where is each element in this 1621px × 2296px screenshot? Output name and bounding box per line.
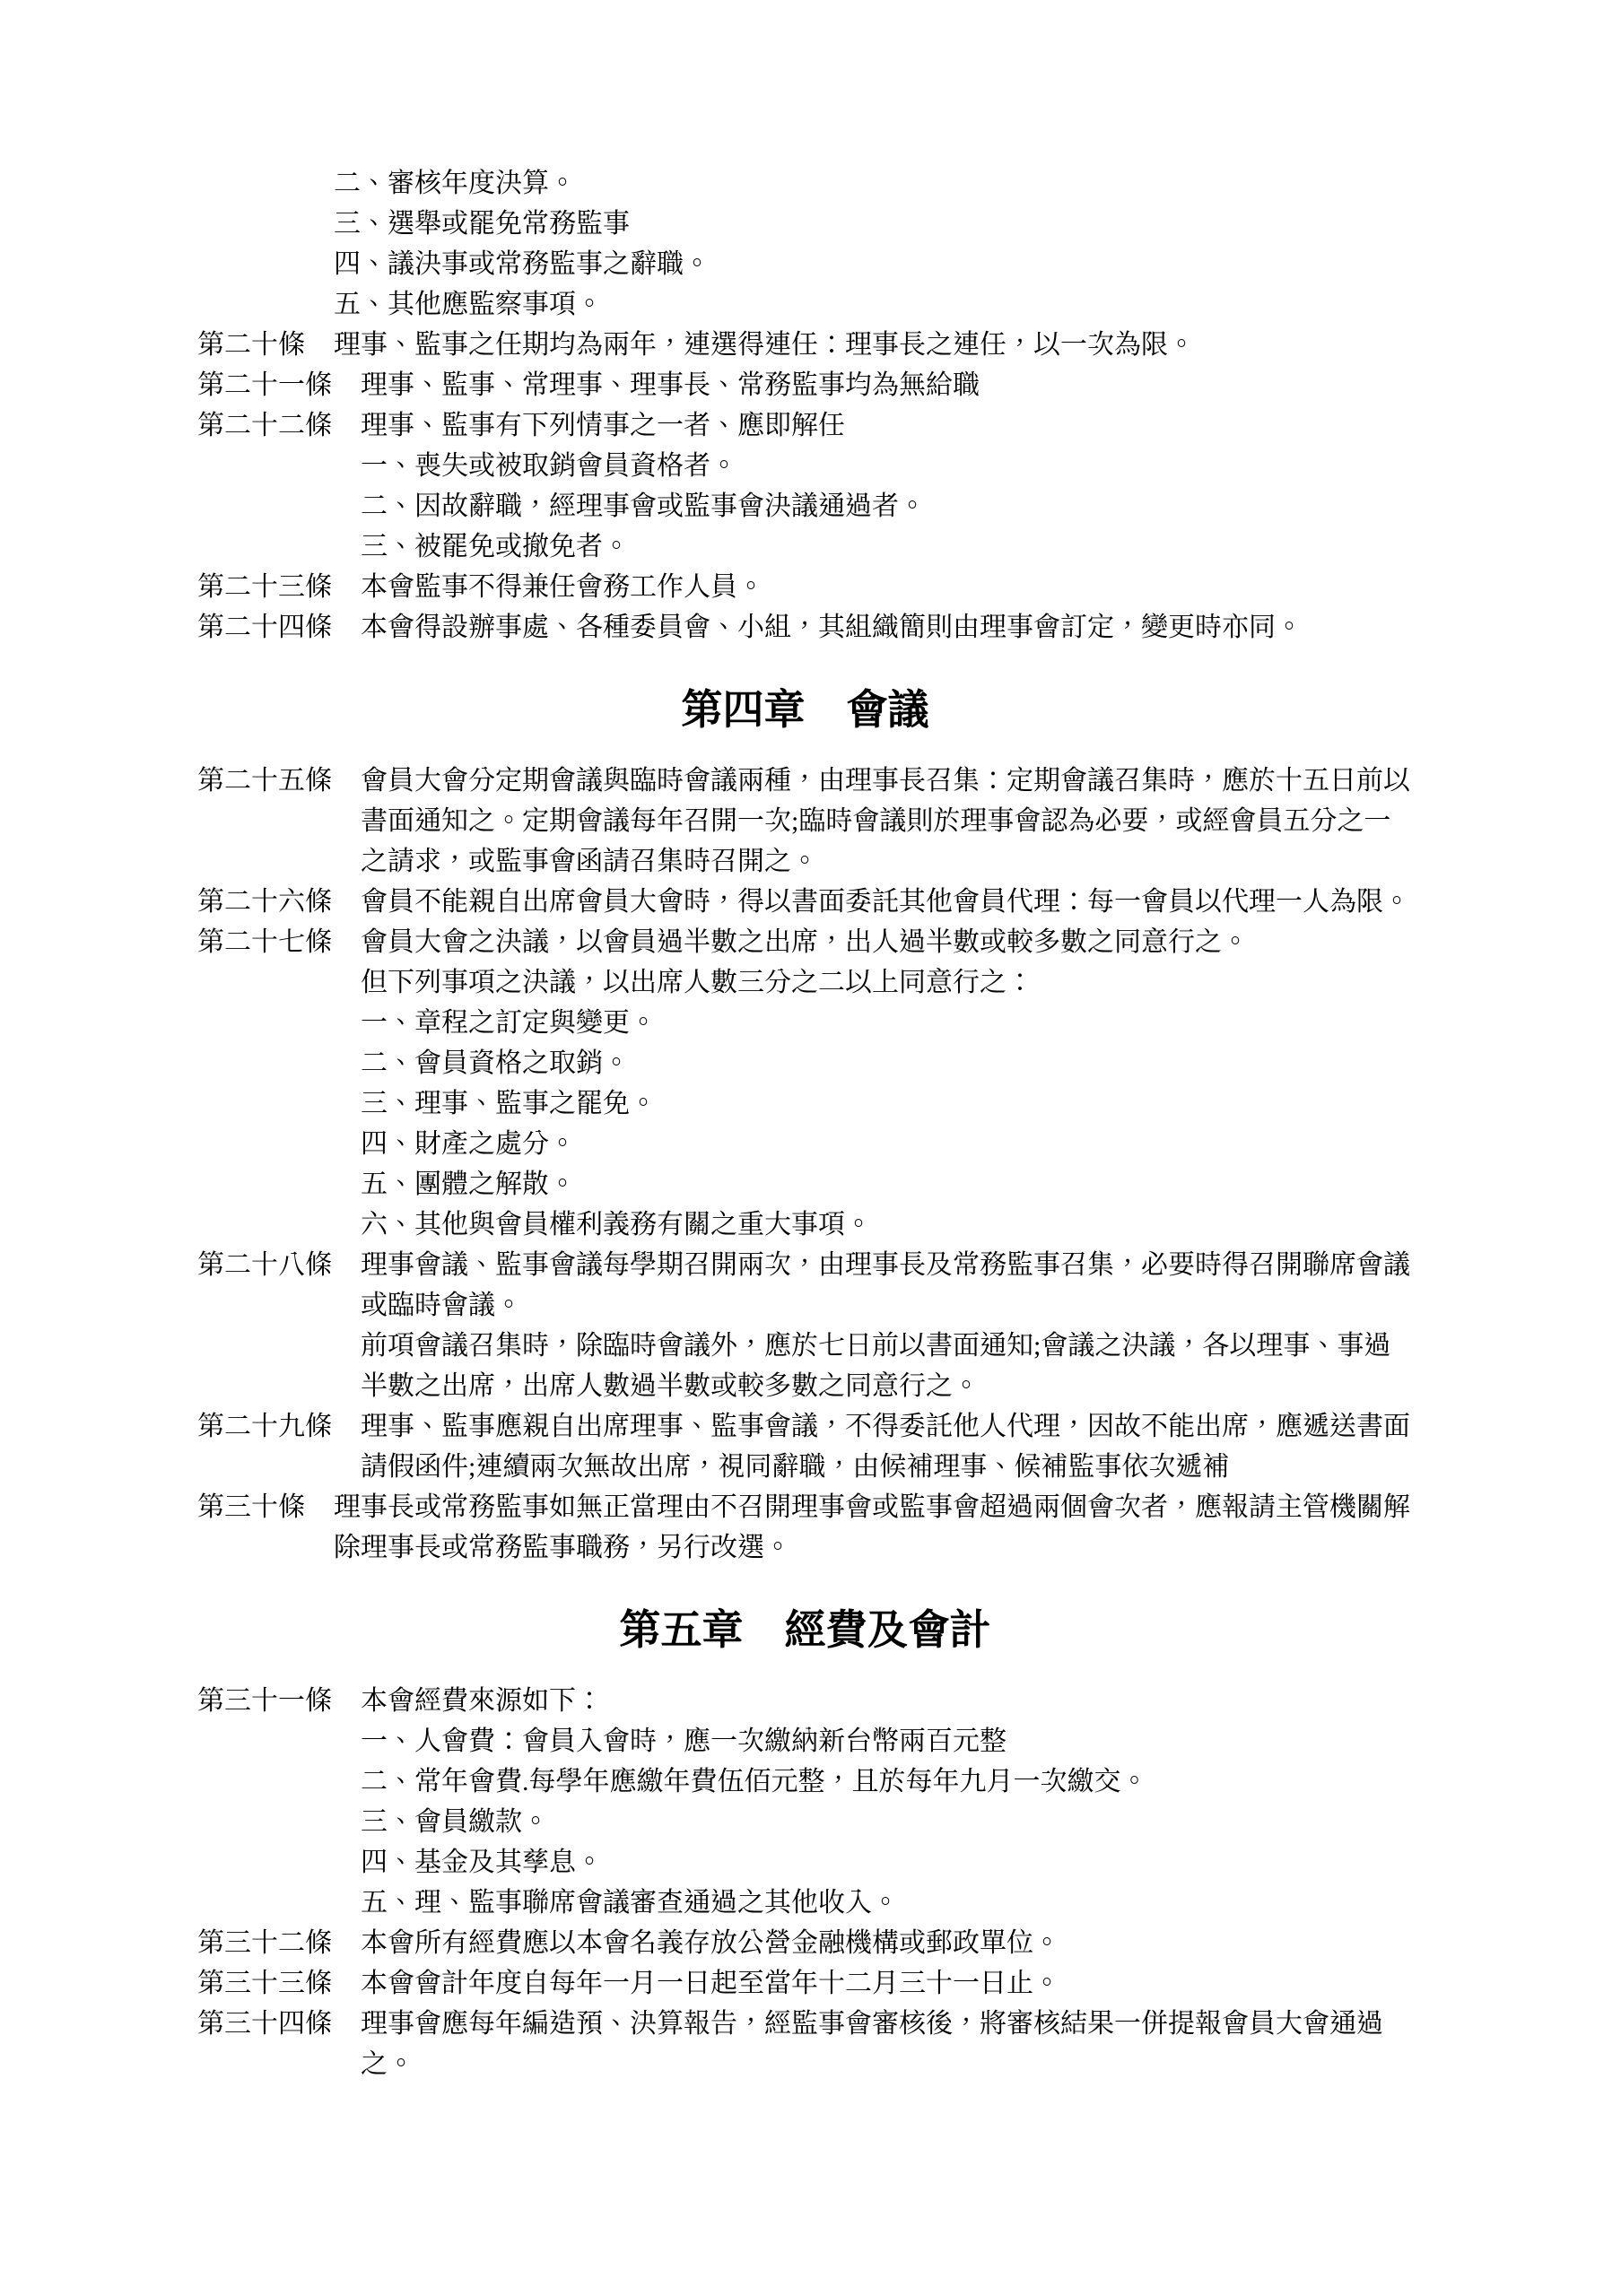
article-body: 理事長或常務監事如無正當理由不召開理事會或監事會超過兩個會次者，應報請主管機關解… bbox=[334, 1487, 1413, 1568]
list-item: 五、理、監事聯席會議審查通過之其他收入。 bbox=[361, 1883, 1413, 1923]
bylaws-document-page: 二、審核年度決算。三、選舉或罷免常務監事四、議決事或常務監事之辭職。五、其他應監… bbox=[0, 0, 1621, 2296]
list-item: 五、團體之解散。 bbox=[361, 1164, 1413, 1205]
article: 第二十三條本會監事不得兼任會務工作人員。 bbox=[197, 567, 1413, 607]
document-content: 二、審核年度決算。三、選舉或罷免常務監事四、議決事或常務監事之辭職。五、其他應監… bbox=[197, 163, 1413, 2084]
article: 第二十七條會員大會之決議，以會員過半數之出席，出人過半數或較多數之同意行之。但下… bbox=[197, 922, 1413, 1245]
article-paragraph: 本會經費來源如下： bbox=[361, 1681, 1413, 1721]
list-item: 一、人會費：會員入會時，應一次繳納新台幣兩百元整 bbox=[361, 1721, 1413, 1761]
article-body: 理事、監事有下列情事之一者、應即解任一、喪失或被取銷會員資格者。二、因故辭職，經… bbox=[361, 405, 1413, 567]
article-number: 第三十一條 bbox=[197, 1681, 332, 1721]
list-item: 二、常年會費.每學年應繳年費伍佰元整，且於每年九月一次繳交。 bbox=[361, 1761, 1413, 1802]
article-number: 第二十四條 bbox=[197, 607, 332, 648]
chapter-heading: 第四章 會議 bbox=[197, 685, 1413, 735]
article-body: 會員大會之決議，以會員過半數之出席，出人過半數或較多數之同意行之。但下列事項之決… bbox=[361, 922, 1413, 1245]
article-body: 理事、監事之任期均為兩年，連選得連任：理事長之連任，以一次為限。 bbox=[334, 325, 1413, 365]
list-item: 四、財產之處分。 bbox=[361, 1124, 1413, 1164]
list-item: 一、章程之訂定與變更。 bbox=[361, 1003, 1413, 1043]
article-body: 理事會應每年編造預、決算報告，經監事會審核後，將審核結果一併提報會員大會通過之。 bbox=[361, 2004, 1413, 2084]
article-paragraph: 會員大會之決議，以會員過半數之出席，出人過半數或較多數之同意行之。 bbox=[361, 922, 1413, 962]
chapter-heading: 第五章 經費及會計 bbox=[197, 1605, 1413, 1656]
article: 第二十九條理事、監事應親自出席理事、監事會議，不得委託他人代理，因故不能出席，應… bbox=[197, 1406, 1413, 1487]
article-number: 第二十五條 bbox=[197, 761, 332, 801]
article-paragraph: 理事、監事應親自出席理事、監事會議，不得委託他人代理，因故不能出席，應遞送書面請… bbox=[361, 1406, 1413, 1487]
article-number: 第二十條 bbox=[197, 325, 305, 365]
article-body: 本會得設辦事處、各種委員會、小組，其組織簡則由理事會訂定，變更時亦同。 bbox=[361, 607, 1413, 648]
article: 第二十二條理事、監事有下列情事之一者、應即解任一、喪失或被取銷會員資格者。二、因… bbox=[197, 405, 1413, 567]
article: 第三十一條本會經費來源如下：一、人會費：會員入會時，應一次繳納新台幣兩百元整二、… bbox=[197, 1681, 1413, 1923]
article-number: 第三十四條 bbox=[197, 2004, 332, 2044]
article: 第二十四條本會得設辦事處、各種委員會、小組，其組織簡則由理事會訂定，變更時亦同。 bbox=[197, 607, 1413, 648]
list-item: 三、被罷免或撤免者。 bbox=[361, 526, 1413, 567]
list-item: 二、因故辭職，經理事會或監事會決議通過者。 bbox=[361, 486, 1413, 526]
article-body: 會員不能親自出席會員大會時，得以書面委託其他會員代理：每一會員以代理一人為限。 bbox=[361, 882, 1413, 922]
article-body: 理事、監事、常理事、理事長、常務監事均為無給職 bbox=[361, 365, 1413, 405]
article-paragraph: 理事、監事之任期均為兩年，連選得連任：理事長之連任，以一次為限。 bbox=[334, 325, 1413, 365]
article-paragraph: 理事會應每年編造預、決算報告，經監事會審核後，將審核結果一併提報會員大會通過之。 bbox=[361, 2004, 1413, 2084]
article-body: 本會監事不得兼任會務工作人員。 bbox=[361, 567, 1413, 607]
article-paragraph: 本會得設辦事處、各種委員會、小組，其組織簡則由理事會訂定，變更時亦同。 bbox=[361, 607, 1413, 648]
article-paragraph: 理事長或常務監事如無正當理由不召開理事會或監事會超過兩個會次者，應報請主管機關解… bbox=[334, 1487, 1413, 1568]
article-number: 第三十條 bbox=[197, 1487, 305, 1527]
article-number: 第二十六條 bbox=[197, 882, 332, 922]
article-number: 第二十八條 bbox=[197, 1245, 332, 1285]
list-item: 四、基金及其孳息。 bbox=[361, 1842, 1413, 1883]
article-paragraph: 前項會議召集時，除臨時會議外，應於七日前以書面通知;會議之決議，各以理事、事過半… bbox=[361, 1326, 1413, 1406]
article: 第二十條理事、監事之任期均為兩年，連選得連任：理事長之連任，以一次為限。 bbox=[197, 325, 1413, 365]
article-number: 第三十二條 bbox=[197, 1923, 332, 1963]
article-body: 會員大會分定期會議與臨時會議兩種，由理事長召集：定期會議召集時，應於十五日前以書… bbox=[361, 761, 1413, 882]
continuation-item-list: 二、審核年度決算。三、選舉或罷免常務監事四、議決事或常務監事之辭職。五、其他應監… bbox=[334, 163, 1413, 325]
article: 第二十六條會員不能親自出席會員大會時，得以書面委託其他會員代理：每一會員以代理一… bbox=[197, 882, 1413, 922]
article-body: 本會經費來源如下：一、人會費：會員入會時，應一次繳納新台幣兩百元整二、常年會費.… bbox=[361, 1681, 1413, 1923]
article-paragraph: 本會所有經費應以本會名義存放公營金融機構或郵政單位。 bbox=[361, 1923, 1413, 1963]
article-body: 理事會議、監事會議每學期召開兩次，由理事長及常務監事召集，必要時得召開聯席會議或… bbox=[361, 1245, 1413, 1406]
list-item: 三、理事、監事之罷免。 bbox=[361, 1083, 1413, 1124]
list-item: 六、其他與會員權利義務有關之重大事項。 bbox=[361, 1205, 1413, 1245]
article-body: 本會會計年度自每年一月一日起至當年十二月三十一日止。 bbox=[361, 1963, 1413, 2004]
article: 第三十三條本會會計年度自每年一月一日起至當年十二月三十一日止。 bbox=[197, 1963, 1413, 2004]
article-paragraph: 理事會議、監事會議每學期召開兩次，由理事長及常務監事召集，必要時得召開聯席會議或… bbox=[361, 1245, 1413, 1326]
article-paragraph: 但下列事項之決議，以出席人數三分之二以上同意行之： bbox=[361, 962, 1413, 1003]
article: 第二十一條理事、監事、常理事、理事長、常務監事均為無給職 bbox=[197, 365, 1413, 405]
list-item: 一、喪失或被取銷會員資格者。 bbox=[361, 446, 1413, 486]
article-number: 第三十三條 bbox=[197, 1963, 332, 2004]
list-item: 二、審核年度決算。 bbox=[334, 163, 1413, 204]
article: 第三十二條本會所有經費應以本會名義存放公營金融機構或郵政單位。 bbox=[197, 1923, 1413, 1963]
list-item: 五、其他應監察事項。 bbox=[334, 284, 1413, 325]
article-paragraph: 本會監事不得兼任會務工作人員。 bbox=[361, 567, 1413, 607]
article-paragraph: 會員不能親自出席會員大會時，得以書面委託其他會員代理：每一會員以代理一人為限。 bbox=[361, 882, 1413, 922]
article-number: 第二十一條 bbox=[197, 365, 332, 405]
article-paragraph: 理事、監事有下列情事之一者、應即解任 bbox=[361, 405, 1413, 446]
article-paragraph: 會員大會分定期會議與臨時會議兩種，由理事長召集：定期會議召集時，應於十五日前以書… bbox=[361, 761, 1413, 882]
list-item: 二、會員資格之取銷。 bbox=[361, 1043, 1413, 1083]
list-item: 三、會員繳款。 bbox=[361, 1802, 1413, 1842]
article-number: 第二十九條 bbox=[197, 1406, 332, 1447]
article-paragraph: 理事、監事、常理事、理事長、常務監事均為無給職 bbox=[361, 365, 1413, 405]
list-item: 三、選舉或罷免常務監事 bbox=[334, 204, 1413, 244]
article: 第三十條理事長或常務監事如無正當理由不召開理事會或監事會超過兩個會次者，應報請主… bbox=[197, 1487, 1413, 1568]
article-number: 第二十三條 bbox=[197, 567, 332, 607]
list-item: 四、議決事或常務監事之辭職。 bbox=[334, 244, 1413, 284]
article: 第三十四條理事會應每年編造預、決算報告，經監事會審核後，將審核結果一併提報會員大… bbox=[197, 2004, 1413, 2084]
article-number: 第二十七條 bbox=[197, 922, 332, 962]
article-body: 本會所有經費應以本會名義存放公營金融機構或郵政單位。 bbox=[361, 1923, 1413, 1963]
article-number: 第二十二條 bbox=[197, 405, 332, 446]
article-paragraph: 本會會計年度自每年一月一日起至當年十二月三十一日止。 bbox=[361, 1963, 1413, 2004]
article-body: 理事、監事應親自出席理事、監事會議，不得委託他人代理，因故不能出席，應遞送書面請… bbox=[361, 1406, 1413, 1487]
article: 第二十八條理事會議、監事會議每學期召開兩次，由理事長及常務監事召集，必要時得召開… bbox=[197, 1245, 1413, 1406]
article: 第二十五條會員大會分定期會議與臨時會議兩種，由理事長召集：定期會議召集時，應於十… bbox=[197, 761, 1413, 882]
